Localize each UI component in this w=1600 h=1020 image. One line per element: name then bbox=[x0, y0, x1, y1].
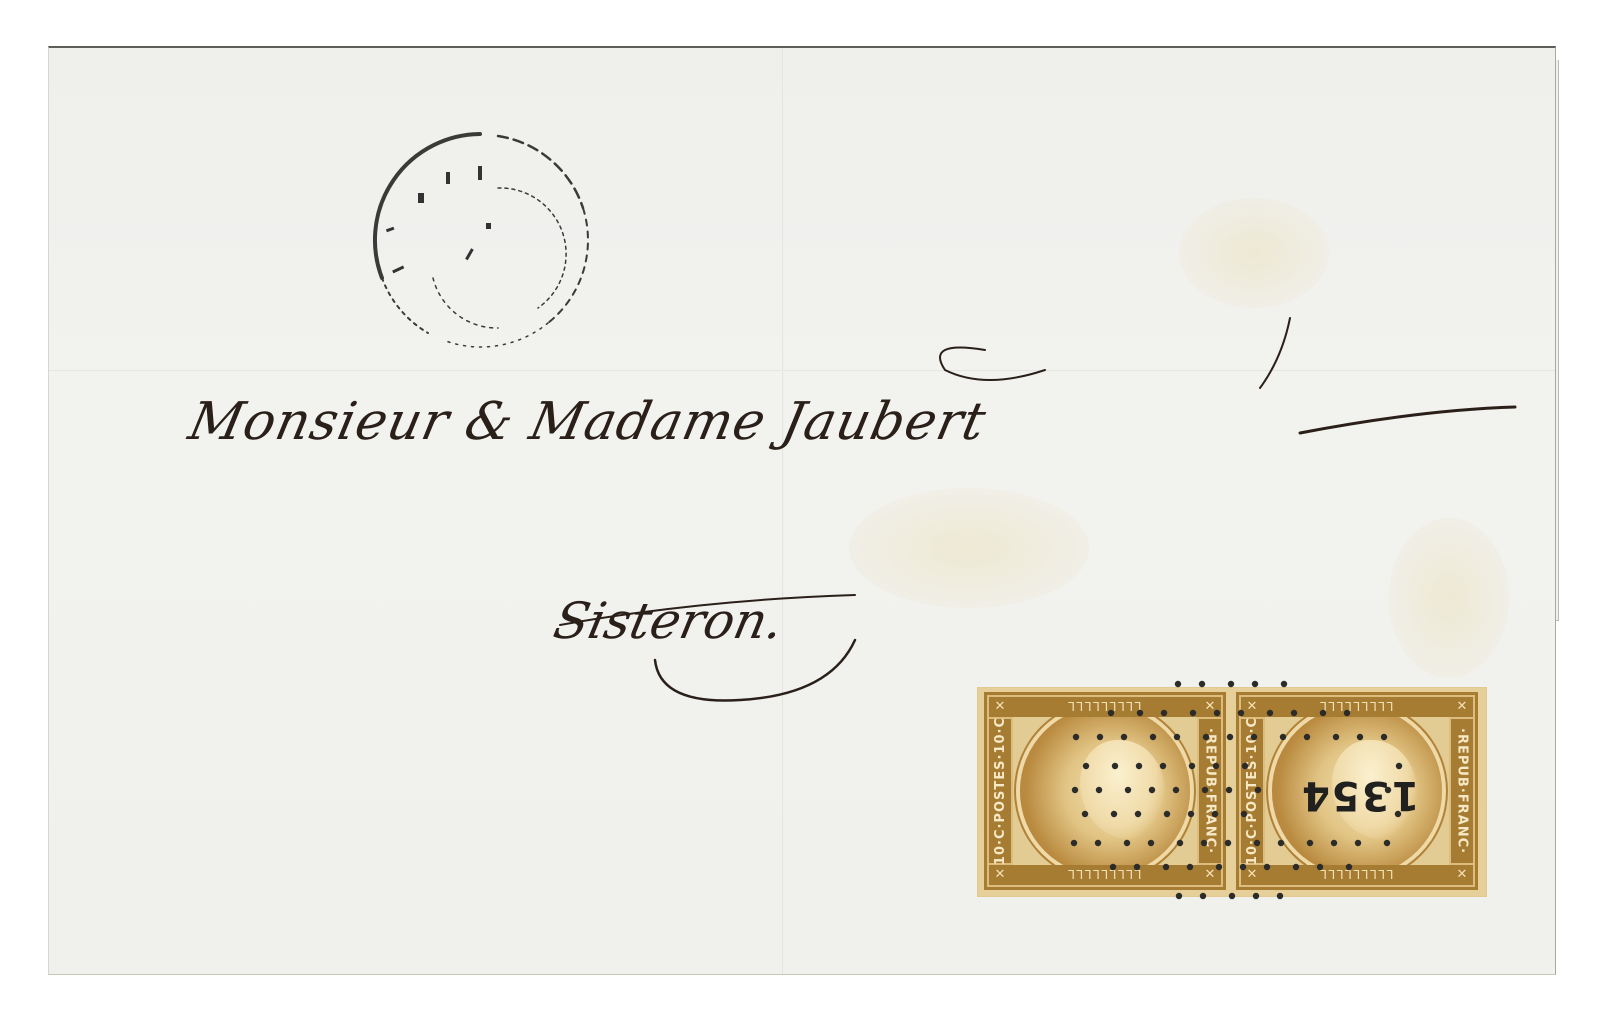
ceres-portrait-icon bbox=[1020, 706, 1190, 876]
stamp-left-legend: 10·C·POSTES·10·C bbox=[1241, 719, 1263, 863]
corner-cross-icon: ✕ bbox=[989, 865, 1011, 885]
corner-cross-icon: ✕ bbox=[989, 697, 1011, 717]
address-line-2: Sisteron. bbox=[549, 592, 789, 650]
stamp-ceres-10c: ᒣᒣᒣᒣᒣᒣᒣᒣᒣ ᒣᒣᒣᒣᒣᒣᒣᒣᒣ 10·C·POSTES·10·C ·RE… bbox=[984, 692, 1226, 890]
corner-cross-icon: ✕ bbox=[1451, 697, 1473, 717]
corner-cross-icon: ✕ bbox=[1241, 865, 1263, 885]
circular-postmark-icon bbox=[368, 128, 594, 350]
greek-key-band: ᒣᒣᒣᒣᒣᒣᒣᒣᒣ bbox=[1263, 697, 1451, 717]
stamp-right-legend: ·REPUB·FRANC· bbox=[1199, 719, 1221, 863]
greek-key-band: ᒣᒣᒣᒣᒣᒣᒣᒣᒣ bbox=[1263, 865, 1451, 885]
corner-cross-icon: ✕ bbox=[1451, 865, 1473, 885]
stamp-right-legend: ·REPUB·FRANC· bbox=[1451, 719, 1473, 863]
horizontal-fold-line bbox=[49, 370, 1555, 372]
paper-stain bbox=[849, 488, 1089, 608]
vertical-fold-line bbox=[782, 48, 784, 974]
greek-key-band: ᒣᒣᒣᒣᒣᒣᒣᒣᒣ bbox=[1011, 865, 1199, 885]
stamp-left-legend: 10·C·POSTES·10·C bbox=[989, 719, 1011, 863]
address-line-1: Monsieur & Madame Jaubert bbox=[184, 392, 992, 452]
paper-stain bbox=[1389, 518, 1509, 678]
stamp-left-text: 10·C·POSTES·10·C bbox=[1245, 717, 1260, 865]
greek-key-band: ᒣᒣᒣᒣᒣᒣᒣᒣᒣ bbox=[1011, 697, 1199, 717]
corner-cross-icon: ✕ bbox=[1199, 865, 1221, 885]
paper-stain bbox=[1179, 198, 1329, 308]
stamp-right-text: ·REPUB·FRANC· bbox=[1203, 728, 1218, 854]
stamp-left-text: 10·C·POSTES·10·C bbox=[993, 717, 1008, 865]
corner-cross-icon: ✕ bbox=[1199, 697, 1221, 717]
stamp-right-text: ·REPUB·FRANC· bbox=[1455, 728, 1470, 854]
corner-cross-icon: ✕ bbox=[1241, 697, 1263, 717]
cancellation-number: 1354 bbox=[1300, 772, 1419, 818]
